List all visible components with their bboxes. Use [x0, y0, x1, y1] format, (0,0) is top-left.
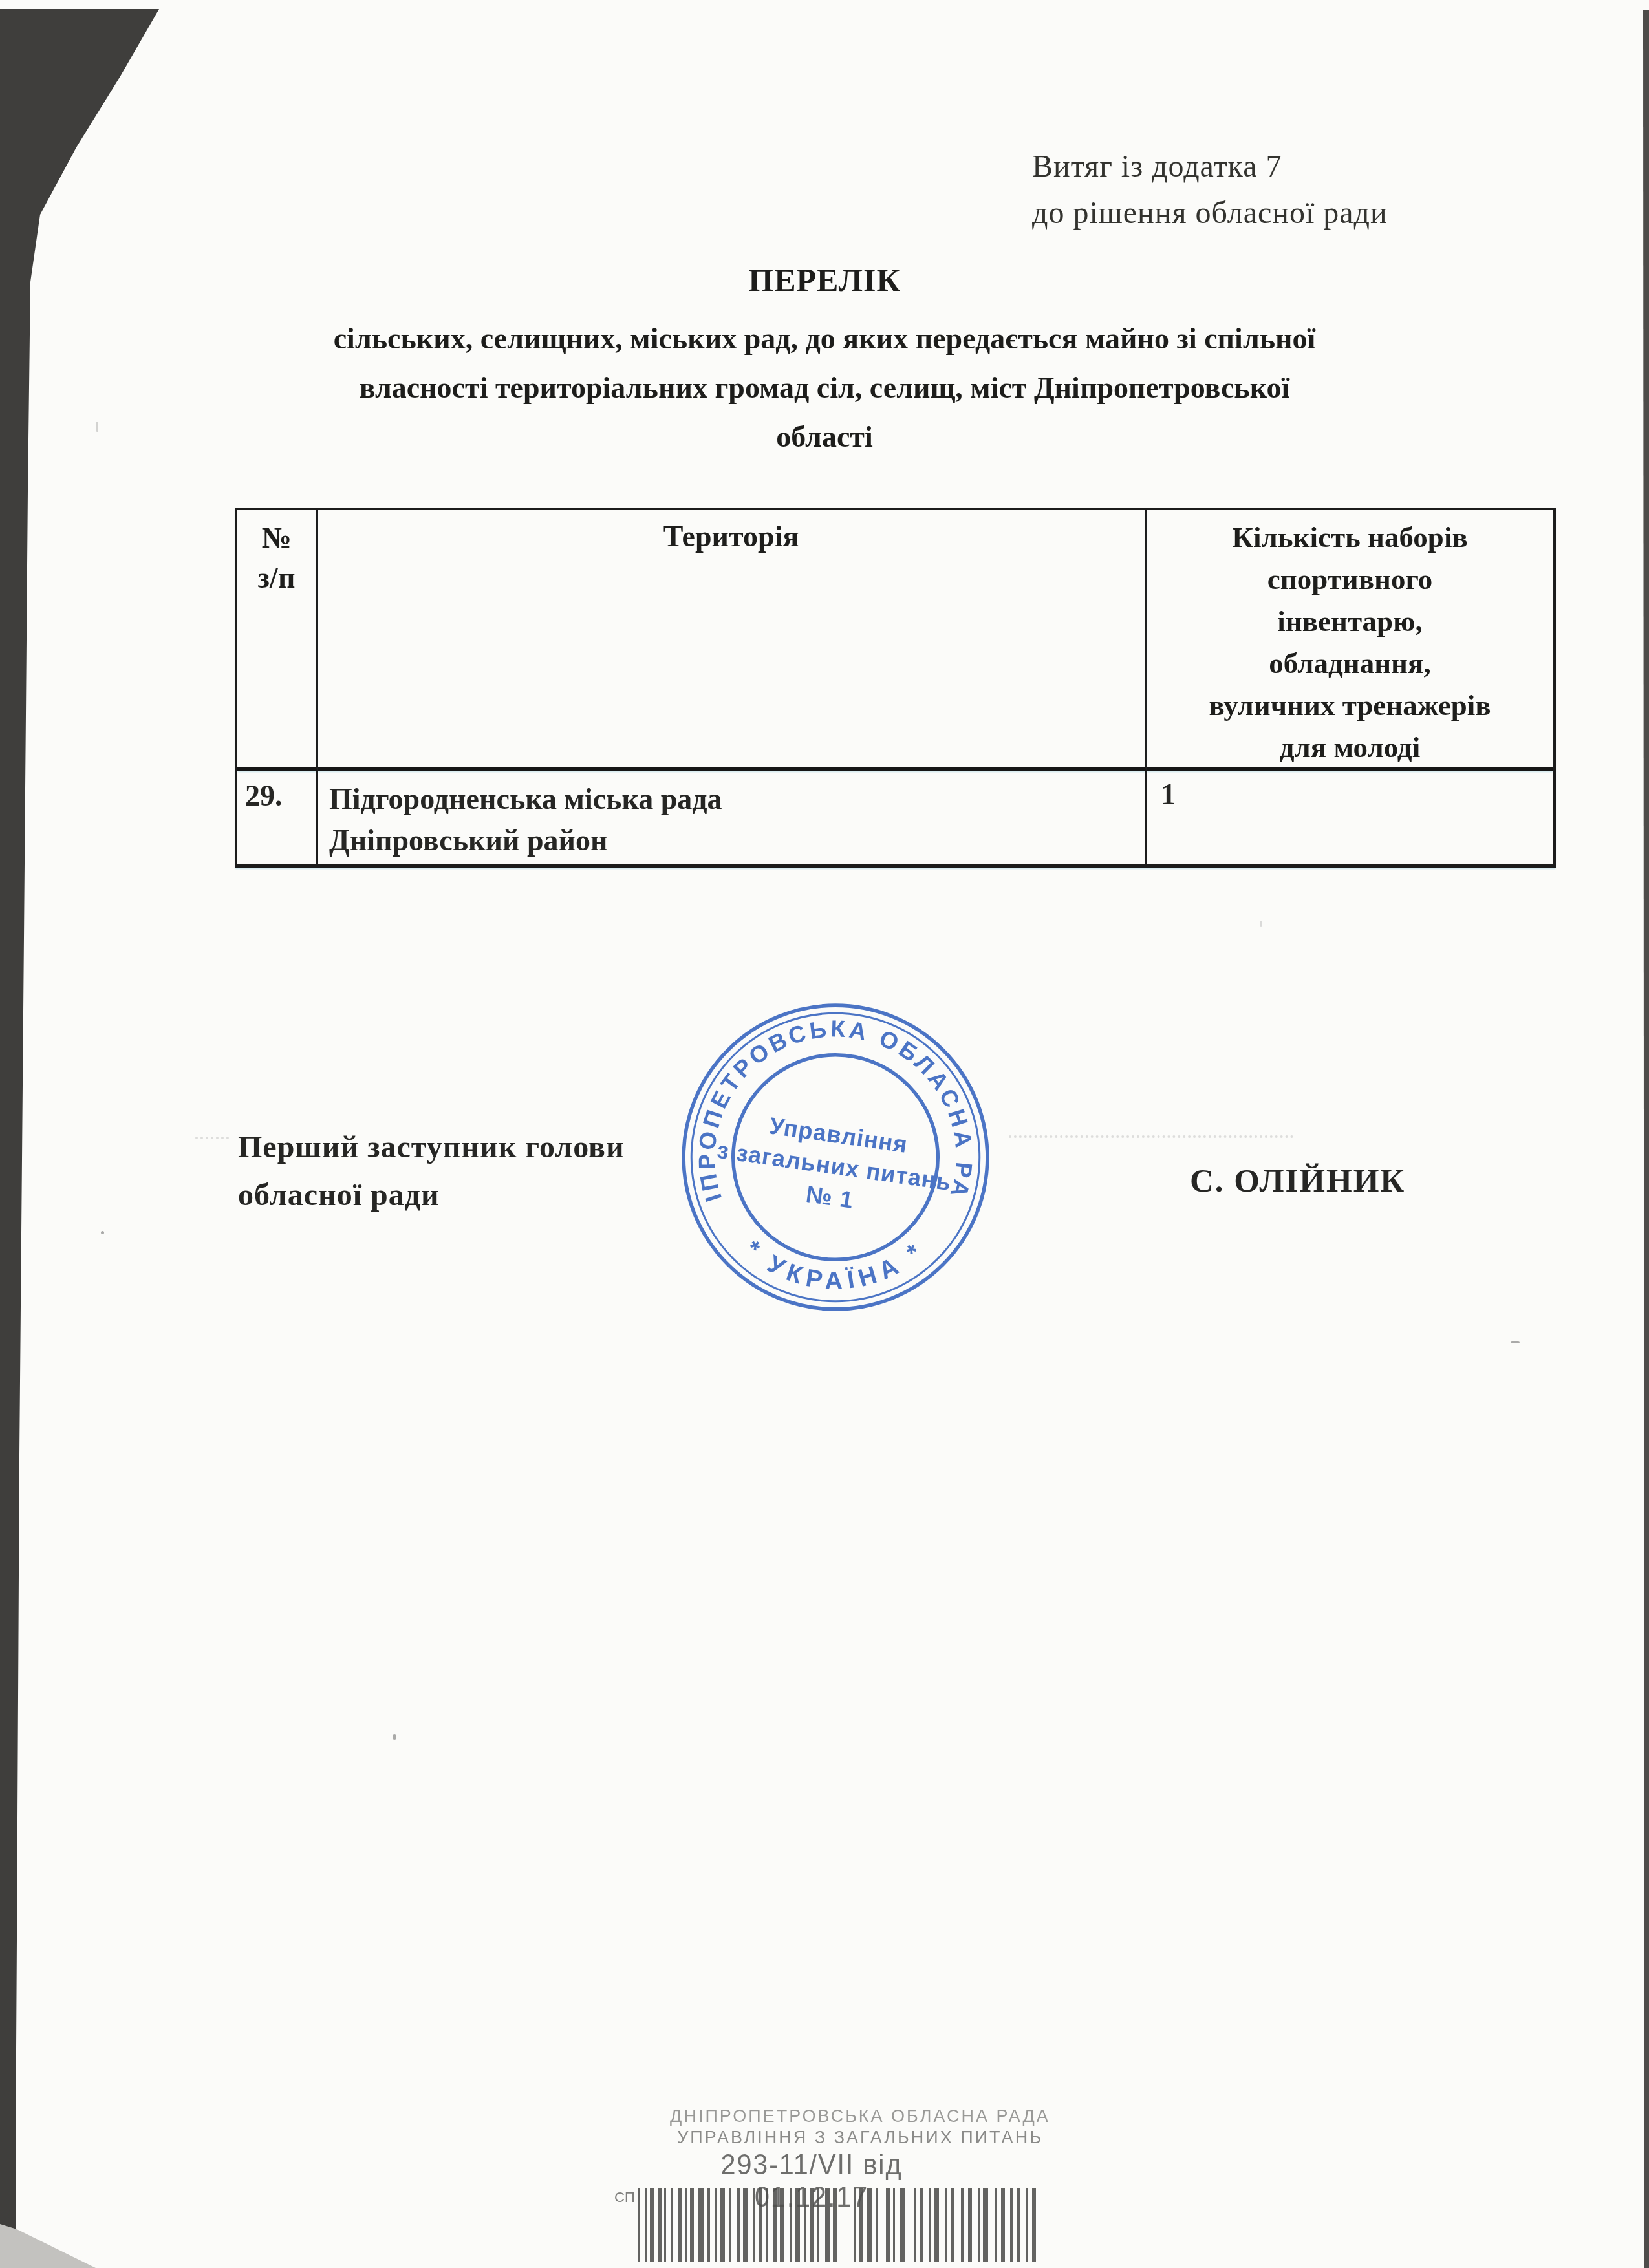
subtitle-line2: власності територіальних громад сіл, сел… [213, 363, 1436, 412]
scan-speck [1260, 921, 1262, 927]
barcode-bar [810, 2188, 814, 2262]
barcode-bar [968, 2188, 972, 2262]
barcode [638, 2188, 1046, 2262]
table-header-quantity: Кількість наборів спортивного інвентарю,… [1147, 510, 1553, 771]
territories-table: № з/п Територія Кількість наборів спорти… [235, 508, 1556, 868]
barcode-bar [664, 2188, 666, 2262]
barcode-bar [983, 2188, 988, 2262]
table-header-num: № з/п [237, 510, 318, 771]
barcode-gap [673, 2188, 678, 2262]
barcode-bar [825, 2188, 830, 2262]
registration-stamp-line1: ДНІПРОПЕТРОВСЬКА ОБЛАСНА РАДА [614, 2106, 1106, 2126]
barcode-bar [685, 2188, 687, 2262]
header-qty-line2: спортивного [1147, 559, 1553, 601]
scan-edge-bottom-left [0, 2224, 96, 2268]
barcode-bar [720, 2188, 725, 2262]
corner-note-line2: до рішення обласної ради [1032, 190, 1388, 237]
barcode-bar [671, 2188, 673, 2262]
barcode-gap [1013, 2188, 1017, 2262]
barcode-gap [806, 2188, 810, 2262]
signatory-position: Перший заступник голови обласної ради [238, 1124, 625, 1219]
barcode-bar [804, 2188, 806, 2262]
corner-note: Витяг із додатка 7 до рішення обласної р… [1032, 144, 1388, 237]
header-num-line1: № [237, 518, 316, 558]
barcode-bar [1001, 2188, 1005, 2262]
scan-speck [96, 422, 98, 432]
barcode-bar [859, 2188, 863, 2262]
barcode-gap [923, 2188, 929, 2262]
barcode-gap [905, 2188, 914, 2262]
barcode-gap [694, 2188, 698, 2262]
barcode-bar [893, 2188, 895, 2262]
barcode-gap [1005, 2188, 1010, 2262]
barcode-bar [978, 2188, 980, 2262]
barcode-bar [1017, 2188, 1020, 2262]
barcode-gap [895, 2188, 900, 2262]
barcode-bar [1010, 2188, 1013, 2262]
header-territory-label: Територія [318, 519, 1145, 553]
header-qty-line4: обладнання, [1147, 643, 1553, 685]
barcode-bar [817, 2188, 819, 2262]
barcode-bar [707, 2188, 710, 2262]
barcode-bar [920, 2188, 923, 2262]
barcode-bar [729, 2188, 731, 2262]
header-qty-line5: вуличних тренажерів [1147, 685, 1553, 727]
barcode-bar [795, 2188, 800, 2262]
barcode-gap [748, 2188, 753, 2262]
scan-speck [1511, 1341, 1520, 1343]
scan-speck [101, 1231, 104, 1234]
barcode-bar [743, 2188, 748, 2262]
barcode-bar [737, 2188, 740, 2262]
barcode-bar [638, 2188, 640, 2262]
barcode-bar [833, 2188, 837, 2262]
registration-stamp-line2: УПРАВЛІННЯ З ЗАГАЛЬНИХ ПИТАНЬ [614, 2128, 1106, 2148]
barcode-bar [929, 2188, 931, 2262]
barcode-bar [780, 2188, 784, 2262]
barcode-gap [939, 2188, 945, 2262]
document-title: ПЕРЕЛІК [233, 261, 1416, 299]
scan-edge-left [0, 9, 159, 2232]
dotted-line-fragment-right [1009, 1135, 1293, 1138]
subtitle-line1: сільських, селищних, міських рад, до яки… [213, 314, 1436, 363]
barcode-label: СП [614, 2189, 635, 2206]
scan-edge-right [1643, 10, 1649, 2268]
barcode-gap [972, 2188, 978, 2262]
scanned-document-page: { "document": { "corner_note_lines": ["В… [0, 0, 1649, 2268]
barcode-gap [640, 2188, 645, 2262]
document-subtitle: сільських, селищних, міських рад, до яки… [213, 314, 1436, 462]
official-round-stamp: ДНІПРОПЕТРОВСЬКА ОБЛАСНА РАДА * УКРАЇНА … [673, 994, 998, 1320]
barcode-bar [650, 2188, 654, 2262]
territory-line1: Підгородненська міська рада [329, 778, 1145, 820]
dotted-line-fragment-left [195, 1137, 229, 1139]
barcode-gap [964, 2188, 968, 2262]
barcode-bar [867, 2188, 872, 2262]
barcode-bar [1032, 2188, 1036, 2262]
territory-line2: Дніпровський район [329, 820, 1145, 861]
header-num-line2: з/п [237, 558, 316, 598]
barcode-gap [768, 2188, 773, 2262]
barcode-bar [715, 2188, 717, 2262]
signatory-position-line2: обласної ради [238, 1171, 625, 1219]
corner-note-line1: Витяг із додатка 7 [1032, 144, 1388, 190]
barcode-bar [886, 2188, 890, 2262]
barcode-gap [878, 2188, 886, 2262]
barcode-bar [766, 2188, 768, 2262]
barcode-bar [961, 2188, 964, 2262]
barcode-bar [759, 2188, 762, 2262]
stamp-inner-line3: № 1 [804, 1181, 856, 1214]
barcode-bar [945, 2188, 947, 2262]
header-qty-line3: інвентарю, [1147, 601, 1553, 643]
barcode-gap [872, 2188, 876, 2262]
barcode-bar [690, 2188, 694, 2262]
scan-speck [393, 1734, 396, 1740]
table-row-territory: Підгородненська міська рада Дніпровський… [318, 771, 1147, 864]
barcode-bar [645, 2188, 647, 2262]
barcode-gap [710, 2188, 715, 2262]
barcode-bar [951, 2188, 954, 2262]
barcode-bar [854, 2188, 856, 2262]
signatory-name: С. ОЛІЙНИК [1190, 1162, 1405, 1200]
barcode-bar [678, 2188, 682, 2262]
barcode-bar [914, 2188, 916, 2262]
barcode-bar [790, 2188, 792, 2262]
barcode-gap [988, 2188, 995, 2262]
subtitle-line3: області [213, 412, 1436, 462]
table-header-territory: Територія [318, 510, 1147, 771]
barcode-gap [1036, 2188, 1039, 2262]
barcode-bar [995, 2188, 997, 2262]
barcode-gap [666, 2188, 671, 2262]
barcode-bar [1026, 2188, 1028, 2262]
table-row-number: 29. [237, 771, 318, 864]
barcode-bar [753, 2188, 755, 2262]
table-row-quantity: 1 [1147, 771, 1553, 864]
barcode-gap [784, 2188, 790, 2262]
header-qty-line6: для молоді [1147, 727, 1553, 769]
barcode-gap [731, 2188, 737, 2262]
barcode-bar [934, 2188, 939, 2262]
barcode-bar [900, 2188, 905, 2262]
barcode-bar [658, 2188, 662, 2262]
header-qty-line1: Кількість наборів [1147, 517, 1553, 559]
barcode-bar [773, 2188, 777, 2262]
barcode-gap [819, 2188, 825, 2262]
barcode-gap [954, 2188, 961, 2262]
barcode-bar [698, 2188, 704, 2262]
barcode-gap [1020, 2188, 1026, 2262]
signatory-position-line1: Перший заступник голови [238, 1124, 625, 1171]
barcode-gap [837, 2188, 854, 2262]
barcode-bar [876, 2188, 878, 2262]
